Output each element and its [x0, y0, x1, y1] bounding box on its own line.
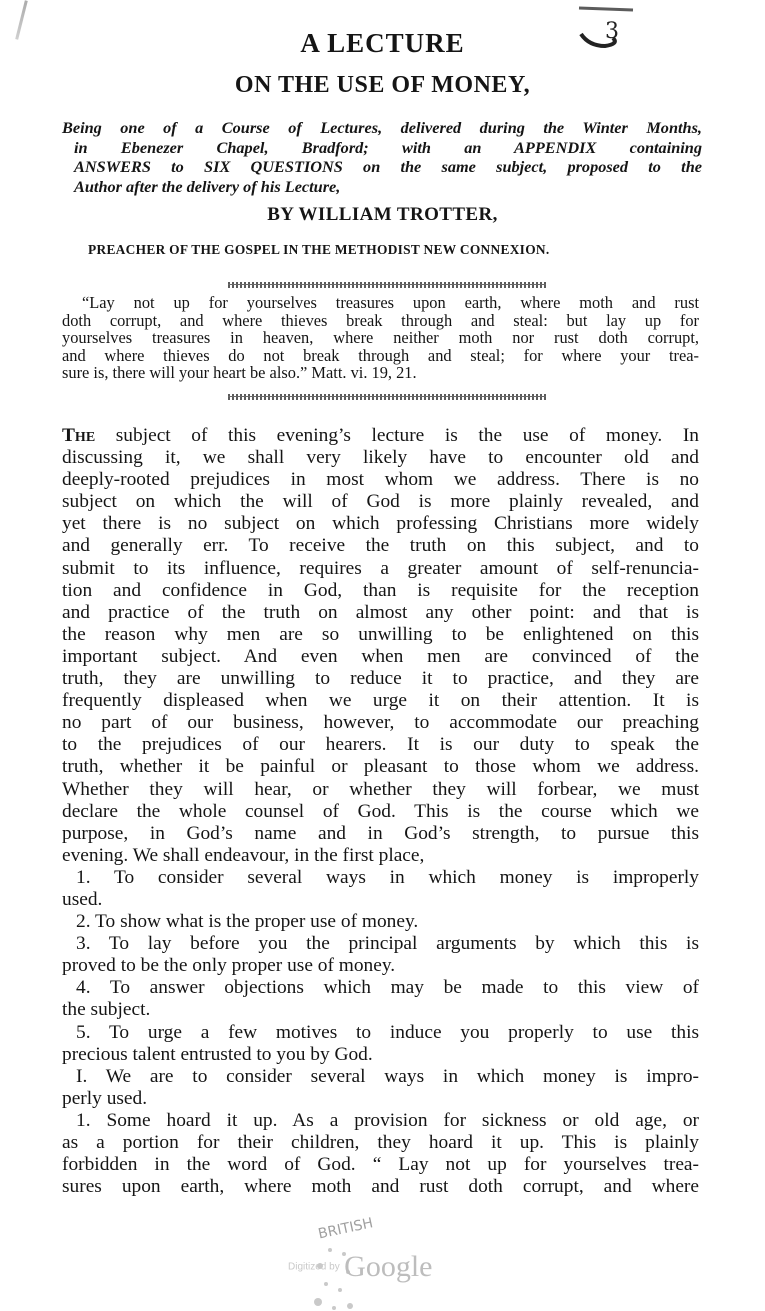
- body-line: proved to be the only proper use of mone…: [62, 955, 699, 977]
- page-subtitle: ON THE USE OF MONEY,: [0, 72, 765, 99]
- body-line: the subject.: [62, 999, 699, 1021]
- svg-text:BRITISH: BRITISH: [317, 1215, 375, 1242]
- body-line: tion and confidence in God, than is requ…: [62, 580, 699, 602]
- outline-item: 2. To show what is the proper use of mon…: [62, 911, 699, 933]
- body-line: sures upon earth, where moth and rust do…: [62, 1176, 699, 1198]
- body-line: purpose, in God’s name and in God’s stre…: [62, 823, 699, 845]
- title-description: Being one of a Course of Lectures, deliv…: [62, 118, 702, 196]
- body-line: submit to its influence, requires a grea…: [62, 558, 699, 580]
- epigraph-line: and where thieves do not break through a…: [62, 347, 699, 365]
- page-title: A LECTURE: [0, 28, 765, 59]
- body-line: The subject of this evening’s lecture is…: [62, 425, 699, 447]
- body-line: forbidden in the word of God. “ Lay not …: [62, 1154, 699, 1176]
- body-line: evening. We shall endeavour, in the firs…: [62, 845, 699, 867]
- epigraph-line: “Lay not up for yourselves treasures upo…: [62, 294, 699, 312]
- epigraph-line: sure is, there will your heart be also.”…: [62, 364, 699, 382]
- outline-item: 4. To answer objections which may be mad…: [62, 977, 699, 999]
- description-line: ANSWERS to SIX QUESTIONS on the same sub…: [62, 157, 702, 177]
- body-line: and generally err. To receive the truth …: [62, 535, 699, 557]
- body-line: as a portion for their children, they ho…: [62, 1132, 699, 1154]
- description-line: in Ebenezer Chapel, Bradford; with an AP…: [62, 138, 702, 158]
- epigraph-quote: “Lay not up for yourselves treasures upo…: [62, 294, 699, 382]
- body-line: the reason why men are so unwilling to b…: [62, 624, 699, 646]
- body-line: used.: [62, 889, 699, 911]
- google-watermark: Digitized by Google: [288, 1250, 432, 1284]
- body-line: no part of our business, however, to acc…: [62, 712, 699, 734]
- ornamental-rule-top: [228, 282, 546, 288]
- author-affiliation: PREACHER OF THE GOSPEL IN THE METHODIST …: [88, 242, 550, 258]
- body-line: subject on which the will of God is more…: [62, 491, 699, 513]
- watermark-prefix: Digitized by: [288, 1262, 340, 1273]
- ornamental-rule-bottom: [228, 394, 546, 400]
- outline-item: 1. To consider several ways in which mon…: [62, 867, 699, 889]
- body-text: The subject of this evening’s lecture is…: [62, 425, 699, 1198]
- section-heading: I. We are to consider several ways in wh…: [62, 1066, 699, 1088]
- body-line: precious talent entrusted to you by God.: [62, 1044, 699, 1066]
- subsection-item: 1. Some hoard it up. As a provision for …: [62, 1110, 699, 1132]
- body-line: important subject. And even when men are…: [62, 646, 699, 668]
- drop-word: The: [62, 425, 95, 446]
- epigraph-line: yourselves treasures in heaven, where ne…: [62, 329, 699, 347]
- watermark-brand: Google: [344, 1250, 432, 1283]
- description-line: Author after the delivery of his Lecture…: [62, 177, 702, 197]
- body-line: truth, they are unwilling to reduce it t…: [62, 668, 699, 690]
- document-page: 3 A LECTURE ON THE USE OF MONEY, Being o…: [0, 0, 765, 1311]
- body-line: declare the whole counsel of God. This i…: [62, 801, 699, 823]
- description-line: Being one of a Course of Lectures, deliv…: [62, 118, 702, 138]
- epigraph-line: doth corrupt, and where thieves break th…: [62, 312, 699, 330]
- body-line: and practice of the truth on almost any …: [62, 602, 699, 624]
- body-line: deeply-rooted prejudices in most whom we…: [62, 469, 699, 491]
- body-line: yet there is no subject on which profess…: [62, 513, 699, 535]
- author-line: BY WILLIAM TROTTER,: [0, 204, 765, 226]
- body-line: to the prejudices of our hearers. It is …: [62, 734, 699, 756]
- body-line: discussing it, we shall very likely have…: [62, 447, 699, 469]
- body-line: frequently displeased when we urge it on…: [62, 690, 699, 712]
- outline-item: 3. To lay before you the principal argum…: [62, 933, 699, 955]
- body-line: perly used.: [62, 1088, 699, 1110]
- body-line: truth, whether it be painful or pleasant…: [62, 756, 699, 778]
- body-line: Whether they will hear, or whether they …: [62, 779, 699, 801]
- outline-item: 5. To urge a few motives to induce you p…: [62, 1022, 699, 1044]
